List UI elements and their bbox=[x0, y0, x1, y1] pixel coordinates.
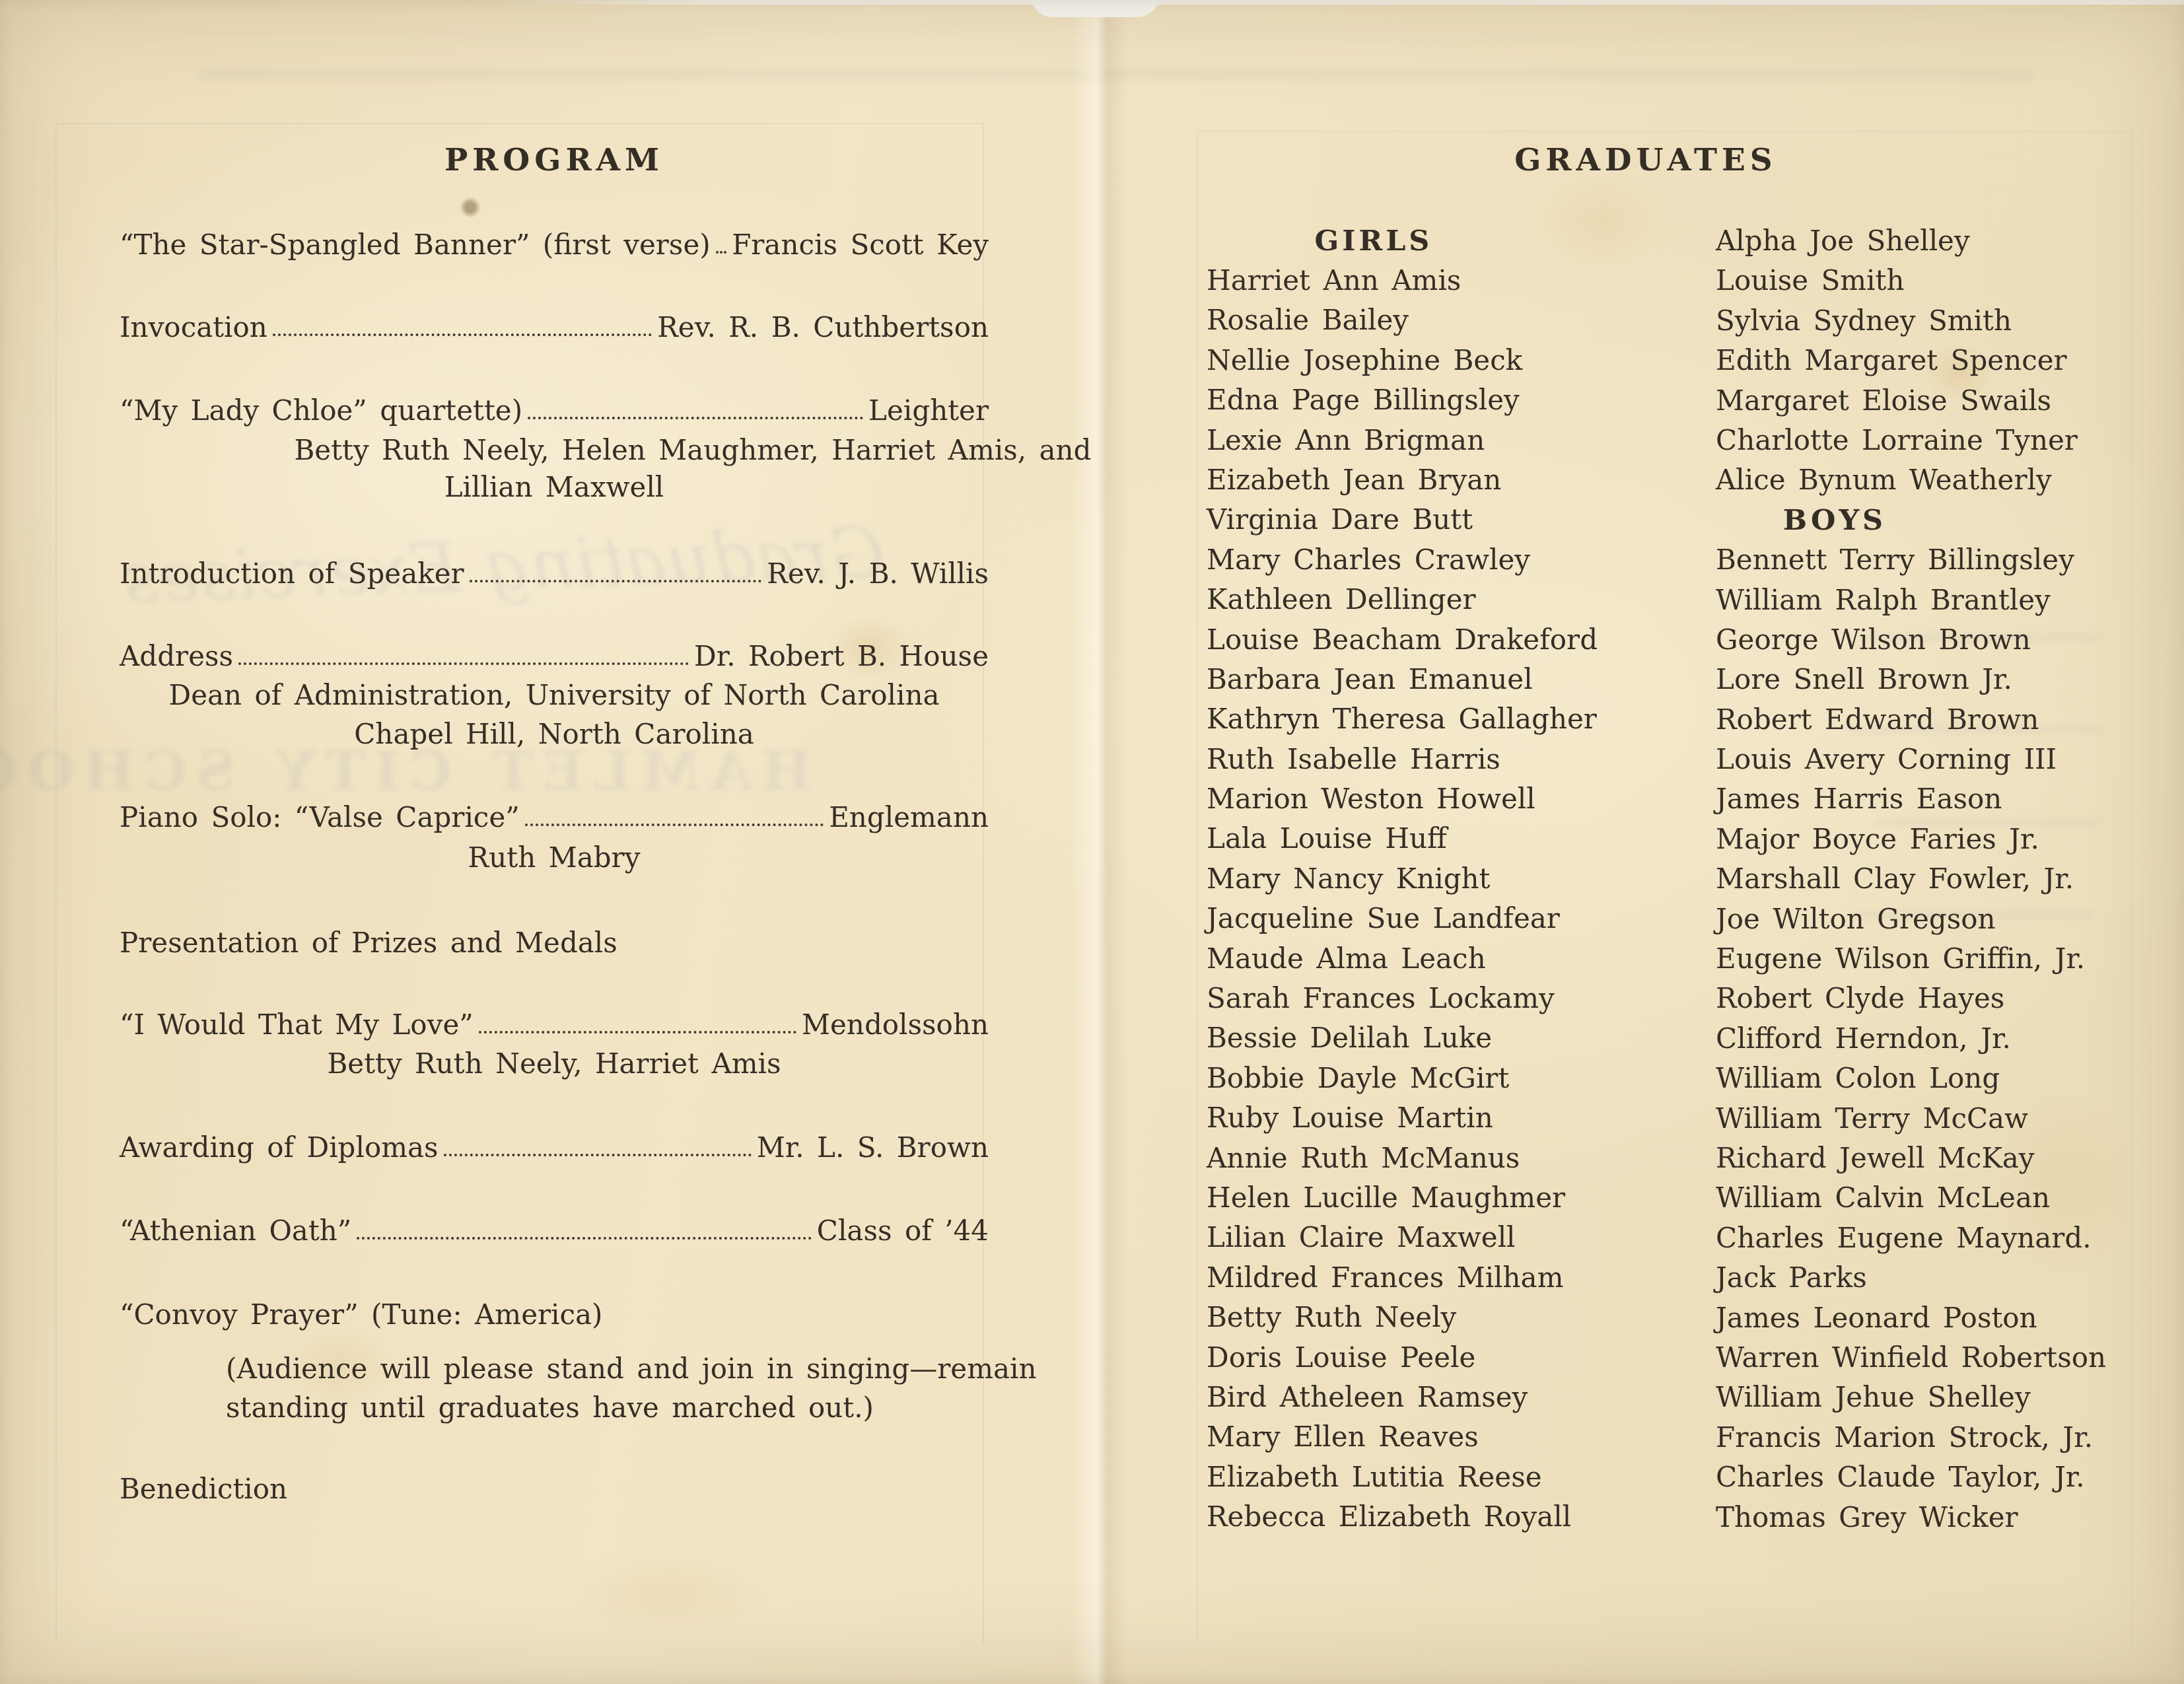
graduate-name: Elizabeth Lutitia Reese bbox=[1207, 1457, 1603, 1497]
graduate-name: Eugene Wilson Griffin, Jr. bbox=[1716, 939, 2125, 979]
dotted-leader bbox=[470, 580, 762, 582]
dotted-leader bbox=[525, 824, 824, 826]
girls-header: GIRLS bbox=[1202, 221, 1545, 261]
program-item-label: Introduction of Speaker bbox=[120, 555, 464, 592]
center-fold-crease bbox=[1071, 0, 1128, 1684]
graduate-name: George Wilson Brown bbox=[1716, 620, 2125, 660]
graduate-name: James Harris Eason bbox=[1716, 779, 2125, 819]
program-row: Introduction of Speaker Rev. J. B. Willi… bbox=[120, 555, 989, 592]
graduate-name: Eizabeth Jean Bryan bbox=[1207, 460, 1603, 500]
graduate-name: Louis Avery Corning III bbox=[1716, 740, 2125, 779]
graduate-name: Lilian Claire Maxwell bbox=[1207, 1218, 1603, 1257]
graduate-name: Jack Parks bbox=[1716, 1258, 2125, 1298]
program-audience-note: (Audience will please stand and join in … bbox=[226, 1351, 1036, 1387]
graduate-name: Nellie Josephine Beck bbox=[1207, 341, 1603, 380]
program-audience-note: standing until graduates have marched ou… bbox=[226, 1389, 874, 1426]
paper-edge-notch bbox=[1030, 0, 1160, 17]
program-row: “Athenian Oath” Class of ’44 bbox=[120, 1212, 989, 1249]
graduate-name: Lala Louise Huff bbox=[1207, 819, 1603, 859]
graduate-name: Sylvia Sydney Smith bbox=[1716, 301, 2125, 341]
graduate-name: Bird Atheleen Ramsey bbox=[1207, 1378, 1603, 1417]
graduate-name: Virginia Dare Butt bbox=[1207, 500, 1603, 540]
program-item-credit: Francis Scott Key bbox=[732, 227, 989, 263]
program-item-label: Address bbox=[120, 638, 233, 675]
graduate-name: Charlotte Lorraine Tyner bbox=[1716, 421, 2125, 460]
program-item-label: “Convoy Prayer” (Tune: America) bbox=[120, 1296, 602, 1333]
program-booklet-scan: Graduating Exercises HAMLET CITY SCHOOLS… bbox=[0, 0, 2184, 1684]
boys-header: BOYS bbox=[1716, 501, 2059, 540]
program-item-label: “Athenian Oath” bbox=[120, 1212, 351, 1249]
graduates-title: GRADUATES bbox=[1382, 141, 1910, 180]
graduate-name: Major Boyce Faries Jr. bbox=[1716, 820, 2125, 859]
program-row: Address Dr. Robert B. House bbox=[120, 638, 989, 675]
graduate-name: Alpha Joe Shelley bbox=[1716, 221, 2125, 261]
dotted-leader bbox=[528, 417, 863, 419]
program-item-label: Invocation bbox=[120, 309, 267, 346]
graduate-name: Charles Eugene Maynard. bbox=[1716, 1218, 2125, 1258]
program-item-credit: Rev. J. B. Willis bbox=[767, 555, 989, 592]
graduate-name: Bennett Terry Billingsley bbox=[1716, 540, 2125, 580]
program-performers: Lillian Maxwell bbox=[120, 469, 989, 506]
program-item-credit: Rev. R. B. Cuthbertson bbox=[657, 309, 989, 346]
graduate-name: Jacqueline Sue Landfear bbox=[1207, 899, 1603, 938]
graduate-name: Doris Louise Peele bbox=[1207, 1338, 1603, 1378]
dotted-leader bbox=[273, 333, 652, 336]
graduate-name: Bessie Delilah Luke bbox=[1207, 1018, 1603, 1058]
graduate-name: Edith Margaret Spencer bbox=[1716, 341, 2125, 380]
program-item-credit: Englemann bbox=[829, 799, 989, 836]
graduate-name: Louise Beacham Drakeford bbox=[1207, 620, 1603, 660]
graduate-name: Helen Lucille Maughmer bbox=[1207, 1178, 1603, 1218]
program-item-label: Piano Solo: “Valse Caprice” bbox=[120, 799, 520, 836]
program-row: Invocation Rev. R. B. Cuthbertson bbox=[120, 309, 989, 346]
program-performers: Betty Ruth Neely, Helen Maughmer, Harrie… bbox=[120, 432, 1127, 469]
graduate-name: Ruby Louise Martin bbox=[1207, 1098, 1603, 1138]
program-speaker-detail: Chapel Hill, North Carolina bbox=[120, 716, 989, 753]
program-row: Piano Solo: “Valse Caprice” Englemann bbox=[120, 799, 989, 836]
program-item-label: “I Would That My Love” bbox=[120, 1006, 474, 1043]
graduates-right-column: Alpha Joe ShelleyLouise SmithSylvia Sydn… bbox=[1716, 221, 2125, 1537]
graduate-name: Sarah Frances Lockamy bbox=[1207, 979, 1603, 1018]
graduate-name: Clifford Herndon, Jr. bbox=[1716, 1019, 2125, 1059]
graduate-name: Mary Charles Crawley bbox=[1207, 540, 1603, 580]
program-performers: Ruth Mabry bbox=[120, 839, 989, 876]
program-item-label: “My Lady Chloe” quartette) bbox=[120, 392, 522, 429]
graduate-name: Mary Ellen Reaves bbox=[1207, 1417, 1603, 1457]
program-item-label: Presentation of Prizes and Medals bbox=[120, 925, 617, 962]
graduate-name: Robert Edward Brown bbox=[1716, 700, 2125, 740]
graduate-name: Mildred Frances Milham bbox=[1207, 1258, 1603, 1298]
graduate-name: Thomas Grey Wicker bbox=[1716, 1498, 2125, 1537]
graduate-name: Francis Marion Strock, Jr. bbox=[1716, 1418, 2125, 1457]
graduate-name: Richard Jewell McKay bbox=[1716, 1139, 2125, 1178]
graduate-name: Marion Weston Howell bbox=[1207, 779, 1603, 819]
dotted-leader bbox=[716, 251, 726, 254]
graduate-name: Robert Clyde Hayes bbox=[1716, 979, 2125, 1018]
program-item-label: Awarding of Diplomas bbox=[120, 1129, 439, 1166]
program-item-label: “The Star-Spangled Banner” (first verse) bbox=[120, 227, 711, 263]
graduate-name: Mary Nancy Knight bbox=[1207, 859, 1603, 899]
graduate-name: Warren Winfield Robertson bbox=[1716, 1338, 2125, 1378]
graduate-name: James Leonard Poston bbox=[1716, 1298, 2125, 1338]
graduate-name: William Ralph Brantley bbox=[1716, 580, 2125, 620]
dotted-leader bbox=[238, 662, 689, 665]
graduate-name: Alice Bynum Weatherly bbox=[1716, 460, 2125, 500]
program-speaker-detail: Dean of Administration, University of No… bbox=[120, 677, 989, 714]
graduate-name: William Colon Long bbox=[1716, 1059, 2125, 1098]
program-item-credit: Class of ’44 bbox=[817, 1212, 989, 1249]
girls-list: Harriet Ann AmisRosalie BaileyNellie Jos… bbox=[1207, 261, 1603, 1537]
graduate-name: Betty Ruth Neely bbox=[1207, 1298, 1603, 1337]
graduate-name: Kathryn Theresa Gallagher bbox=[1207, 699, 1603, 739]
program-row: “I Would That My Love” Mendolssohn bbox=[120, 1006, 989, 1043]
graduate-name: Rebecca Elizabeth Royall bbox=[1207, 1497, 1603, 1537]
graduate-name: Bobbie Dayle McGirt bbox=[1207, 1059, 1603, 1098]
program-title: PROGRAM bbox=[120, 141, 989, 180]
program-item-credit: Dr. Robert B. House bbox=[694, 638, 989, 675]
dotted-leader bbox=[357, 1237, 811, 1240]
graduate-name: Ruth Isabelle Harris bbox=[1207, 740, 1603, 779]
boys-list: Bennett Terry BillingsleyWilliam Ralph B… bbox=[1716, 540, 2125, 1537]
girls-list-continued: Alpha Joe ShelleyLouise SmithSylvia Sydn… bbox=[1716, 221, 2125, 501]
graduate-name: Kathleen Dellinger bbox=[1207, 580, 1603, 619]
graduate-name: William Terry McCaw bbox=[1716, 1099, 2125, 1139]
graduate-name: Louise Smith bbox=[1716, 261, 2125, 300]
program-row: “The Star-Spangled Banner” (first verse)… bbox=[120, 227, 989, 263]
dotted-leader bbox=[444, 1154, 752, 1156]
graduate-name: Lore Snell Brown Jr. bbox=[1716, 660, 2125, 699]
program-row: Awarding of Diplomas Mr. L. S. Brown bbox=[120, 1129, 989, 1166]
graduate-name: Marshall Clay Fowler, Jr. bbox=[1716, 859, 2125, 899]
graduate-name: William Jehue Shelley bbox=[1716, 1378, 2125, 1417]
graduate-name: Maude Alma Leach bbox=[1207, 939, 1603, 979]
graduate-name: Barbara Jean Emanuel bbox=[1207, 660, 1603, 699]
program-row: “My Lady Chloe” quartette) Leighter bbox=[120, 392, 989, 429]
program-item-credit: Leighter bbox=[868, 392, 989, 429]
paper-top-edge bbox=[502, 0, 2184, 5]
dotted-leader bbox=[479, 1031, 796, 1034]
graduate-name: Rosalie Bailey bbox=[1207, 300, 1603, 340]
program-item-credit: Mendolssohn bbox=[802, 1006, 989, 1043]
graduate-name: Margaret Eloise Swails bbox=[1716, 381, 2125, 421]
graduate-name: Joe Wilton Gregson bbox=[1716, 899, 2125, 939]
program-item-credit: Mr. L. S. Brown bbox=[757, 1129, 989, 1166]
graduate-name: William Calvin McLean bbox=[1716, 1178, 2125, 1218]
graduate-name: Charles Claude Taylor, Jr. bbox=[1716, 1457, 2125, 1497]
graduate-name: Lexie Ann Brigman bbox=[1207, 421, 1603, 460]
graduate-name: Annie Ruth McManus bbox=[1207, 1139, 1603, 1178]
graduate-name: Harriet Ann Amis bbox=[1207, 261, 1603, 300]
program-item-label: Benediction bbox=[120, 1471, 287, 1508]
program-performers: Betty Ruth Neely, Harriet Amis bbox=[120, 1045, 989, 1082]
graduate-name: Edna Page Billingsley bbox=[1207, 380, 1603, 420]
